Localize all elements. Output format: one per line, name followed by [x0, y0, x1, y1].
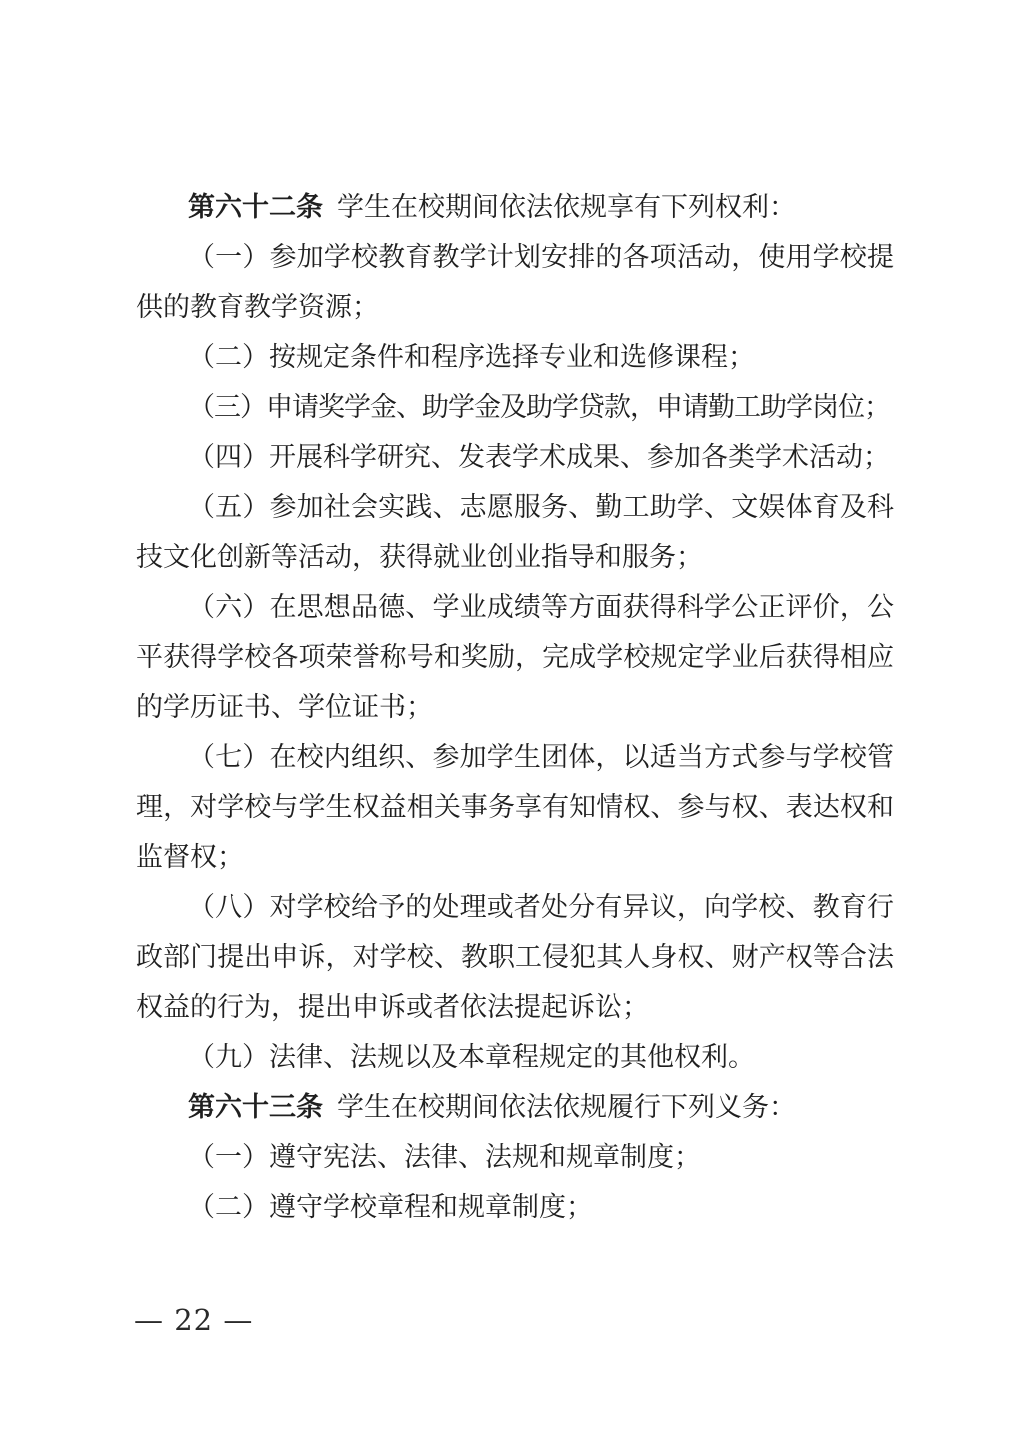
article-62-item-1: （一）参加学校教育教学计划安排的各项活动，使用学校提供的教育教学资源；: [136, 232, 894, 332]
document-body: 第六十二条学生在校期间依法依规享有下列权利： （一）参加学校教育教学计划安排的各…: [136, 182, 894, 1232]
article-63-item-1: （一）遵守宪法、法律、法规和规章制度；: [136, 1132, 894, 1182]
article-63-intro: 学生在校期间依法依规履行下列义务：: [337, 1092, 796, 1122]
article-63-number: 第六十三条: [188, 1092, 323, 1122]
article-62-item-9: （九）法律、法规以及本章程规定的其他权利。: [136, 1032, 894, 1082]
page-number: — 22 —: [134, 1303, 253, 1337]
article-62-intro: 学生在校期间依法依规享有下列权利：: [337, 192, 796, 222]
article-62-item-5: （五）参加社会实践、志愿服务、勤工助学、文娱体育及科技文化创新等活动，获得就业创…: [136, 482, 894, 582]
document-page: 第六十二条学生在校期间依法依规享有下列权利： （一）参加学校教育教学计划安排的各…: [0, 0, 1024, 1448]
article-62-item-6: （六）在思想品德、学业成绩等方面获得科学公正评价，公平获得学校各项荣誉称号和奖励…: [136, 582, 894, 732]
article-62-item-4: （四）开展科学研究、发表学术成果、参加各类学术活动；: [136, 432, 894, 482]
article-62-number: 第六十二条: [188, 192, 323, 222]
article-62-heading: 第六十二条学生在校期间依法依规享有下列权利：: [136, 182, 894, 232]
article-62-item-2: （二）按规定条件和程序选择专业和选修课程；: [136, 332, 894, 382]
article-62-item-8: （八）对学校给予的处理或者处分有异议，向学校、教育行政部门提出申诉，对学校、教职…: [136, 882, 894, 1032]
page-footer: — 22 —: [134, 1303, 253, 1337]
article-62-item-3: （三）申请奖学金、助学金及助学贷款，申请勤工助学岗位；: [136, 382, 894, 432]
article-62-item-7: （七）在校内组织、参加学生团体，以适当方式参与学校管理，对学校与学生权益相关事务…: [136, 732, 894, 882]
article-63-heading: 第六十三条学生在校期间依法依规履行下列义务：: [136, 1082, 894, 1132]
article-63-item-2: （二）遵守学校章程和规章制度；: [136, 1182, 894, 1232]
